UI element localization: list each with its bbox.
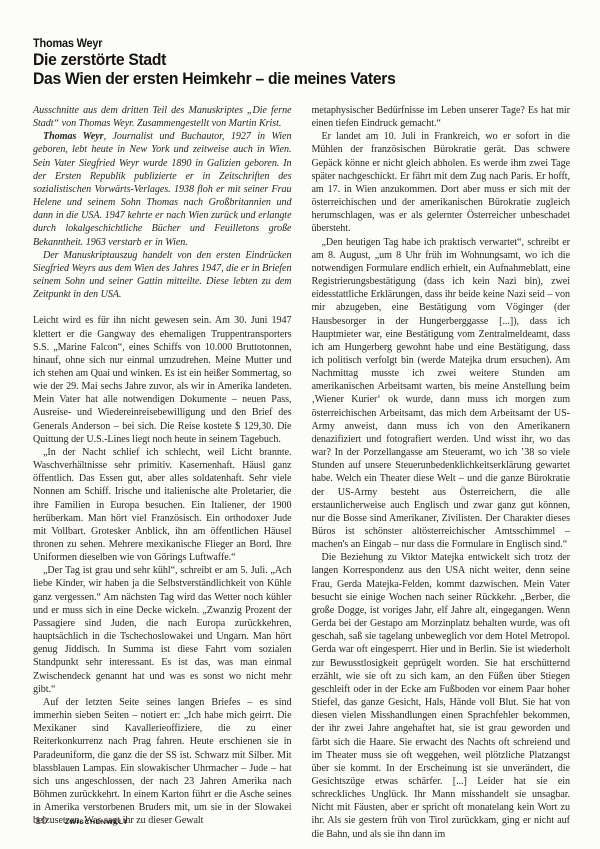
body-paragraph: „Den heutigen Tag habe ich praktisch ver… bbox=[312, 236, 571, 552]
body-paragraph-continuation: metaphysischer Bedürfnisse im Leben unse… bbox=[312, 104, 571, 130]
article-header: Thomas Weyr Die zerstörte Stadt Das Wien… bbox=[33, 37, 396, 89]
intro-paragraph-2-text: , Journalist und Buchautor, 1927 in Wien… bbox=[33, 131, 292, 247]
text-columns: Ausschnitte aus dem dritten Teil des Man… bbox=[33, 104, 570, 841]
editorial-intro: Ausschnitte aus dem dritten Teil des Man… bbox=[33, 104, 292, 301]
body-paragraph: Die Beziehung zu Viktor Matejka entwicke… bbox=[312, 551, 571, 840]
article-subtitle: Das Wien der ersten Heimkehr – die meine… bbox=[33, 70, 396, 89]
page-number: 10 bbox=[35, 815, 48, 827]
magazine-page: Thomas Weyr Die zerstörte Stadt Das Wien… bbox=[0, 0, 600, 849]
body-paragraph: „In der Nacht schlief ich schlecht, weil… bbox=[33, 446, 292, 564]
body-paragraph: Leicht wird es für ihn nicht gewesen sei… bbox=[33, 314, 292, 446]
right-column: metaphysischer Bedürfnisse im Leben unse… bbox=[312, 104, 571, 841]
page-footer: 10 ZWISCHENWELT bbox=[35, 815, 128, 827]
intro-author-name: Thomas Weyr bbox=[43, 131, 104, 142]
intro-paragraph-3: Der Manuskriptauszug handelt von den ers… bbox=[33, 249, 292, 302]
body-paragraph: Er landet am 10. Juli in Frankreich, wo … bbox=[312, 130, 571, 235]
journal-name: ZWISCHENWELT bbox=[65, 819, 128, 826]
body-paragraph: Auf der letzten Seite seines langen Brie… bbox=[33, 696, 292, 828]
article-title: Die zerstörte Stadt bbox=[33, 51, 396, 70]
article-author: Thomas Weyr bbox=[33, 37, 396, 51]
body-paragraph: „Der Tag ist grau und sehr kühl“, schrei… bbox=[33, 564, 292, 696]
left-column: Ausschnitte aus dem dritten Teil des Man… bbox=[33, 104, 292, 841]
intro-paragraph-2: Thomas Weyr, Journalist und Buchautor, 1… bbox=[33, 130, 292, 248]
intro-paragraph-1: Ausschnitte aus dem dritten Teil des Man… bbox=[33, 104, 292, 130]
